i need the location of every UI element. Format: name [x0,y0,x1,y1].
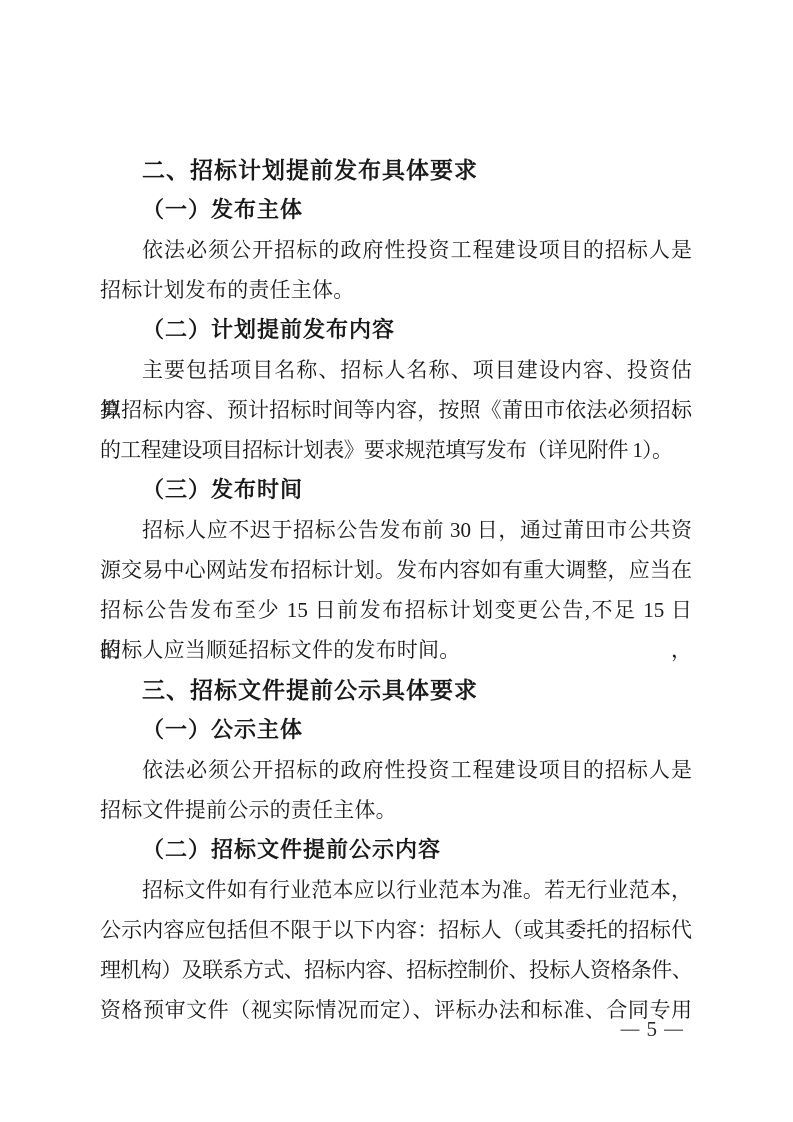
section-heading-2: 二、招标计划提前发布具体要求 [100,150,692,190]
body-line: 拟招标内容、预计招标时间等内容，按照《莆田市依法必须招标 [100,390,692,430]
body-line: 主要包括项目名称、招标人名称、项目建设内容、投资估算、 [100,350,692,390]
subsection-heading-2-3: （三）发布时间 [100,470,692,510]
body-line: 资格预审文件（视实际情况而定）、评标办法和标准、合同专用 [100,990,692,1030]
body-line: 招标人应不迟于招标公告发布前 30 日，通过莆田市公共资 [100,510,692,550]
body-line: 招标计划发布的责任主体。 [100,270,692,310]
body-line: 依法必须公开招标的政府性投资工程建设项目的招标人是 [100,230,692,270]
page-number: 5 [647,1017,658,1041]
footer-right-dash: — [657,1017,690,1041]
footer-left-dash: — [614,1017,647,1041]
body-line: 招标公告发布至少 15 日前发布招标计划变更公告,不足 15 日的， [100,590,692,630]
body-line: 理机构）及联系方式、招标内容、招标控制价、投标人资格条件、 [100,950,692,990]
document-body: 二、招标计划提前发布具体要求 （一）发布主体 依法必须公开招标的政府性投资工程建… [100,150,692,1030]
scanned-document-page: 二、招标计划提前发布具体要求 （一）发布主体 依法必须公开招标的政府性投资工程建… [0,0,793,1122]
subsection-heading-2-2: （二）计划提前发布内容 [100,310,692,350]
body-line: 招标文件提前公示的责任主体。 [100,790,692,830]
body-line: 招标文件如有行业范本应以行业范本为准。若无行业范本， [100,870,692,910]
section-heading-3: 三、招标文件提前公示具体要求 [100,670,692,710]
body-line: 公示内容应包括但不限于以下内容：招标人（或其委托的招标代 [100,910,692,950]
subsection-heading-2-1: （一）发布主体 [100,190,692,230]
subsection-heading-3-2: （二）招标文件提前公示内容 [100,830,692,870]
body-line: 依法必须公开招标的政府性投资工程建设项目的招标人是 [100,750,692,790]
body-line: 源交易中心网站发布招标计划。发布内容如有重大调整，应当在 [100,550,692,590]
subsection-heading-3-1: （一）公示主体 [100,710,692,750]
body-line: 的工程建设项目招标计划表》要求规范填写发布（详见附件 1）。 [100,430,692,470]
page-number-footer: —5— [614,1014,691,1044]
